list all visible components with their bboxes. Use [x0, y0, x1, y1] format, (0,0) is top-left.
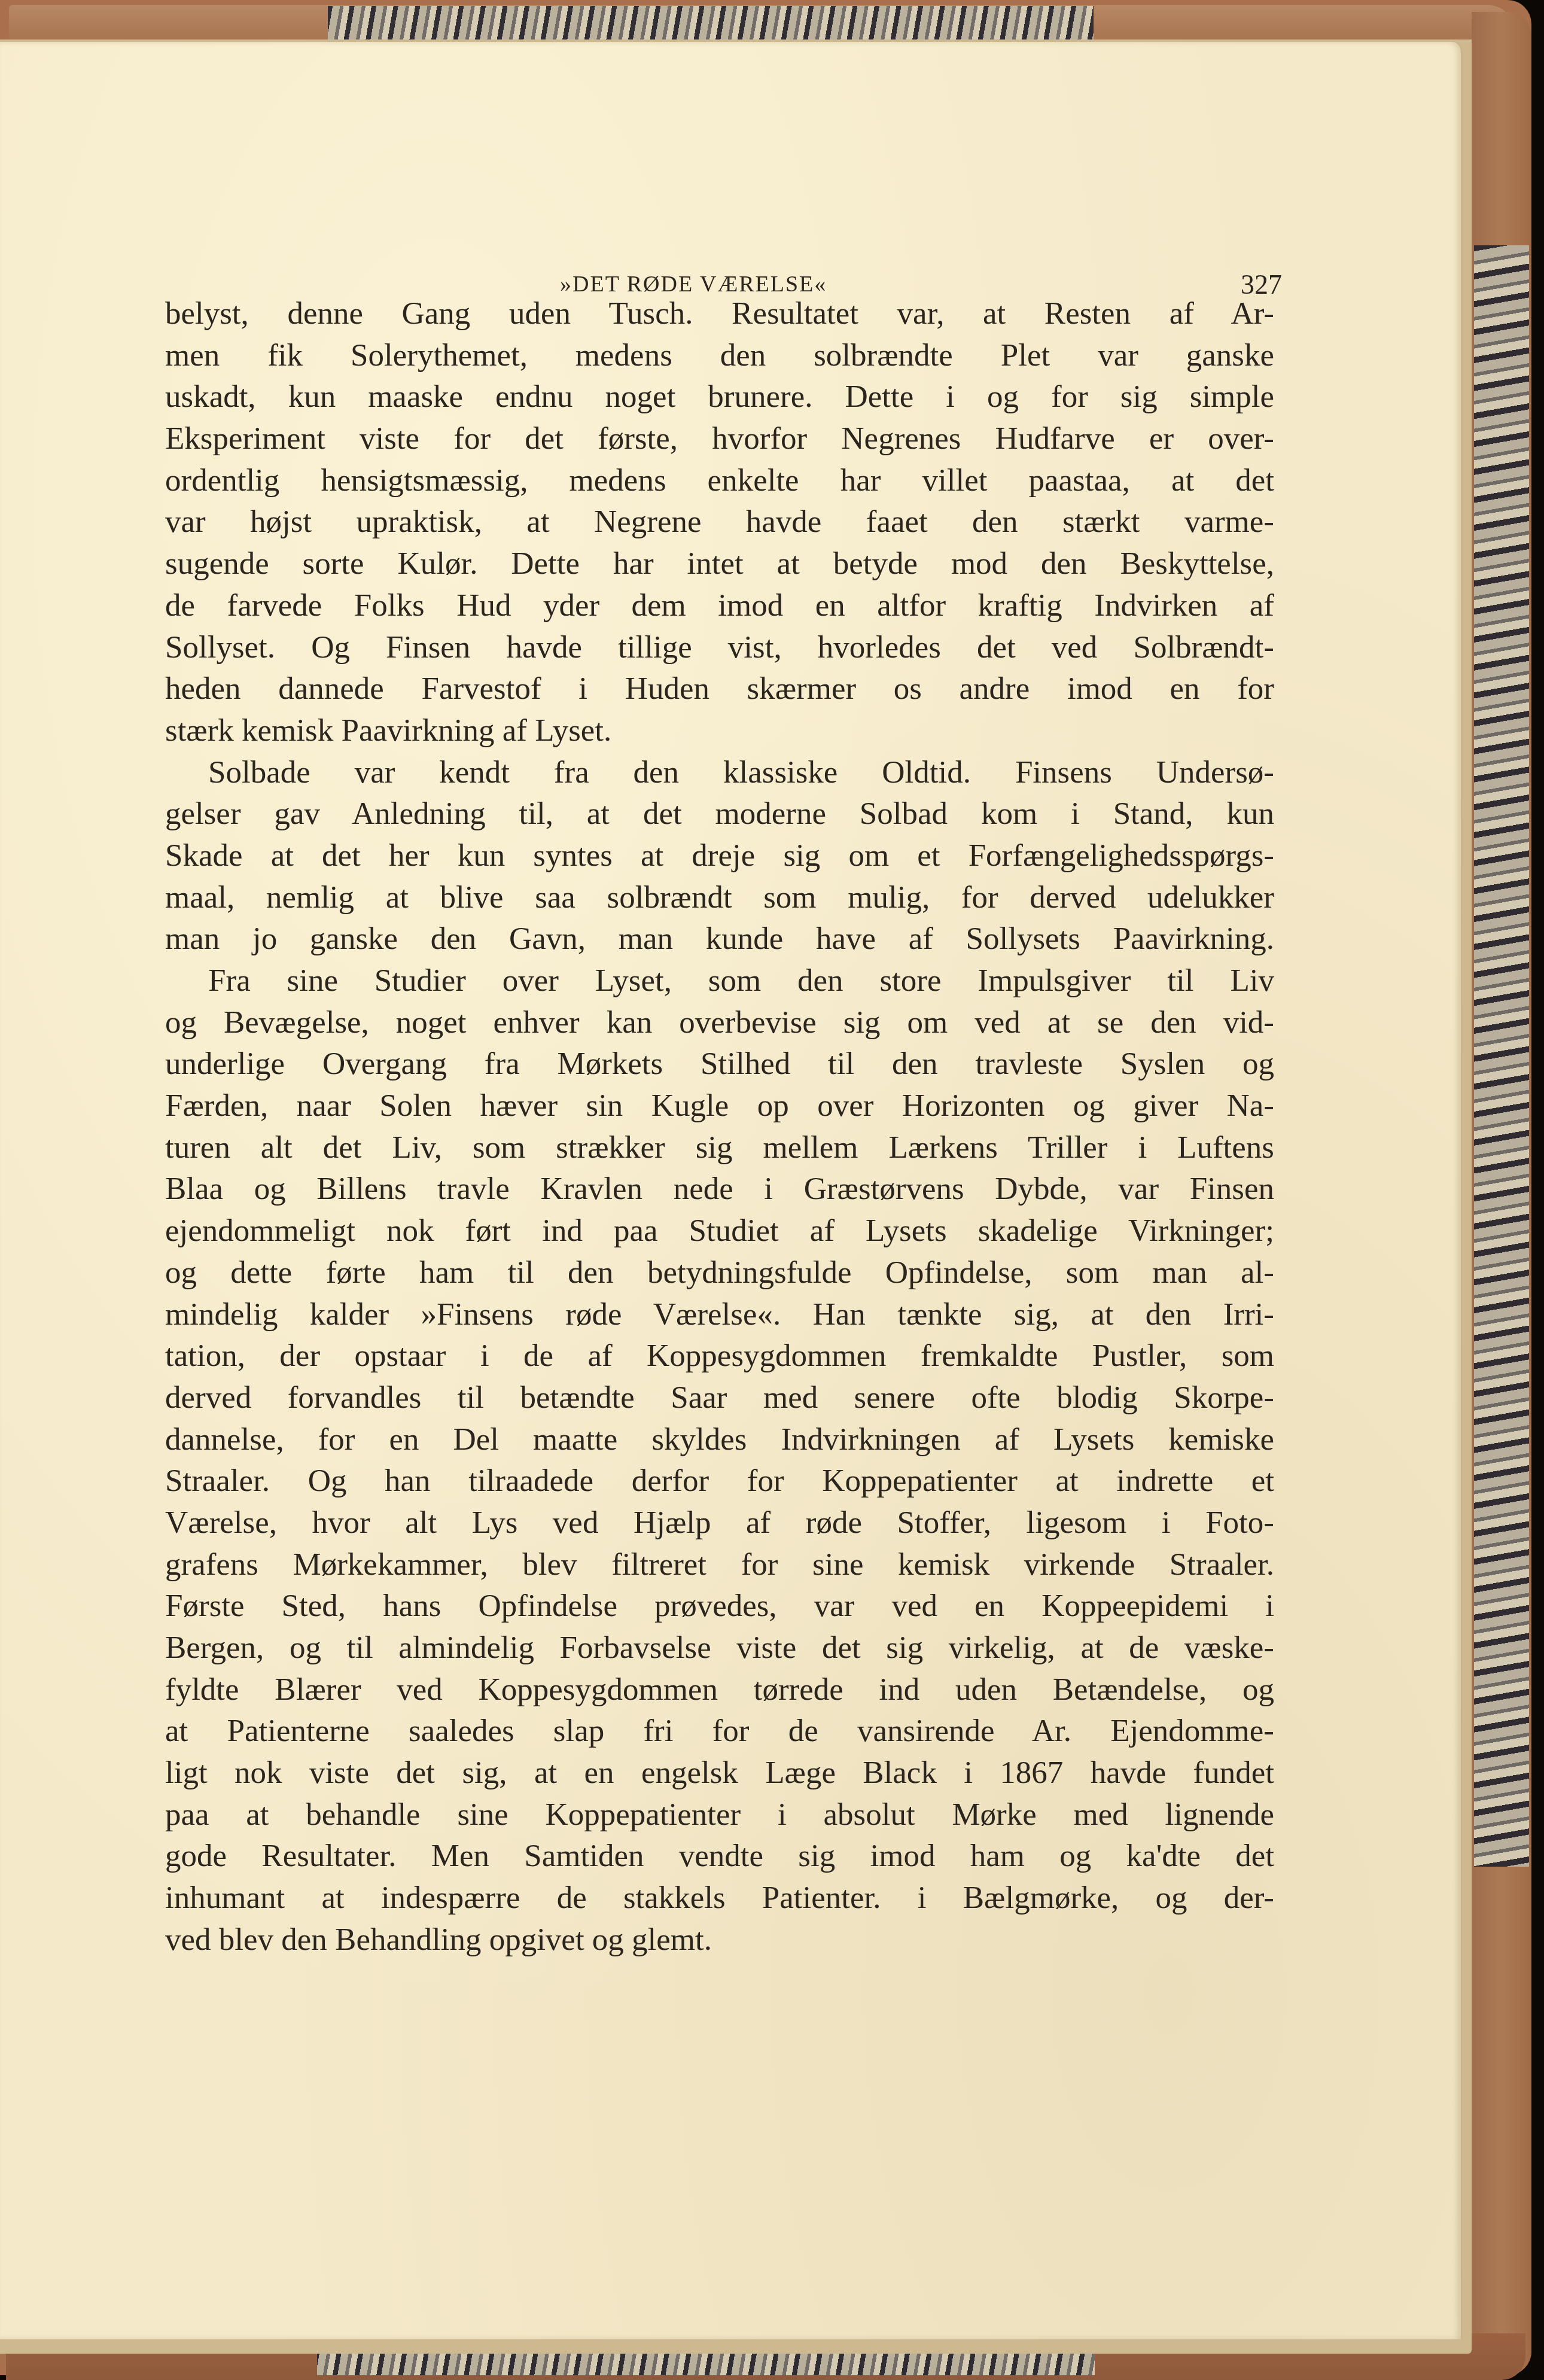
text-line: Blaa og Billens travle Kravlen nede i Gr… — [165, 1168, 1274, 1210]
text-line: heden dannede Farvestof i Huden skærmer … — [165, 668, 1274, 710]
text-line: paa at behandle sine Koppepatienter i ab… — [165, 1794, 1274, 1836]
body-text: belyst, denne Gang uden Tusch. Resultate… — [165, 293, 1274, 1961]
text-line: belyst, denne Gang uden Tusch. Resultate… — [165, 293, 1274, 335]
text-line: Skade at det her kun syntes at dreje sig… — [165, 835, 1274, 877]
text-line: og Bevægelse, noget enhver kan overbevis… — [165, 1002, 1274, 1044]
text-line: derved forvandles til betændte Saar med … — [165, 1377, 1274, 1419]
text-line: Eksperiment viste for det første, hvorfo… — [165, 418, 1274, 460]
text-line: gode Resultater. Men Samtiden vendte sig… — [165, 1836, 1274, 1877]
text-line: men fik Solerythemet, medens den solbræn… — [165, 335, 1274, 377]
text-line: ordentlig hensigtsmæssig, medens enkelte… — [165, 460, 1274, 502]
text-line: de farvede Folks Hud yder dem imod en al… — [165, 585, 1274, 627]
paragraph-start-line: Solbade var kendt fra den klassiske Oldt… — [165, 752, 1274, 794]
paragraph-start-line: Fra sine Studier over Lyset, som den sto… — [165, 960, 1274, 1002]
text-line: mindelig kalder »Finsens røde Værelse«. … — [165, 1294, 1274, 1336]
text-line: Bergen, og til almindelig Forbavselse vi… — [165, 1627, 1274, 1669]
text-line: maal, nemlig at blive saa solbrændt som … — [165, 877, 1274, 919]
text-line: ejendommeligt nok ført ind paa Studiet a… — [165, 1210, 1274, 1252]
text-line: at Patienterne saaledes slap fri for de … — [165, 1711, 1274, 1752]
text-line: tation, der opstaar i de af Koppesygdomm… — [165, 1335, 1274, 1377]
text-line: underlige Overgang fra Mørkets Stilhed t… — [165, 1043, 1274, 1085]
text-line: dannelse, for en Del maatte skyldes Indv… — [165, 1419, 1274, 1461]
text-line: Første Sted, hans Opfindelse prøvedes, v… — [165, 1585, 1274, 1627]
text-line: ligt nok viste det sig, at en engelsk Læ… — [165, 1752, 1274, 1794]
text-line: Værelse, hvor alt Lys ved Hjælp af røde … — [165, 1502, 1274, 1544]
text-line: turen alt det Liv, som strækker sig mell… — [165, 1127, 1274, 1169]
text-line: uskadt, kun maaske endnu noget brunere. … — [165, 376, 1274, 418]
text-line: fyldte Blærer ved Koppesygdommen tørrede… — [165, 1669, 1274, 1711]
text-line: Straaler. Og han tilraadede derfor for K… — [165, 1460, 1274, 1502]
text-line: grafens Mørkekammer, blev filtreret for … — [165, 1544, 1274, 1586]
text-line: ved blev den Behandling opgivet og glemt… — [165, 1919, 1274, 1961]
text-line: og dette førte ham til den betydningsful… — [165, 1252, 1274, 1294]
text-line: inhumant at indespærre de stakkels Patie… — [165, 1877, 1274, 1919]
text-line: gelser gav Anledning til, at det moderne… — [165, 793, 1274, 835]
text-line: var højst upraktisk, at Negrene havde fa… — [165, 501, 1274, 543]
text-line: Sollyset. Og Finsen havde tillige vist, … — [165, 627, 1274, 669]
text-line: man jo ganske den Gavn, man kunde have a… — [165, 918, 1274, 960]
marbled-paper-right — [1474, 245, 1529, 1867]
text-line: Færden, naar Solen hæver sin Kugle op ov… — [165, 1085, 1274, 1127]
text-line: stærk kemisk Paavirkning af Lyset. — [165, 710, 1274, 752]
text-line: sugende sorte Kulør. Dette har intet at … — [165, 543, 1274, 585]
